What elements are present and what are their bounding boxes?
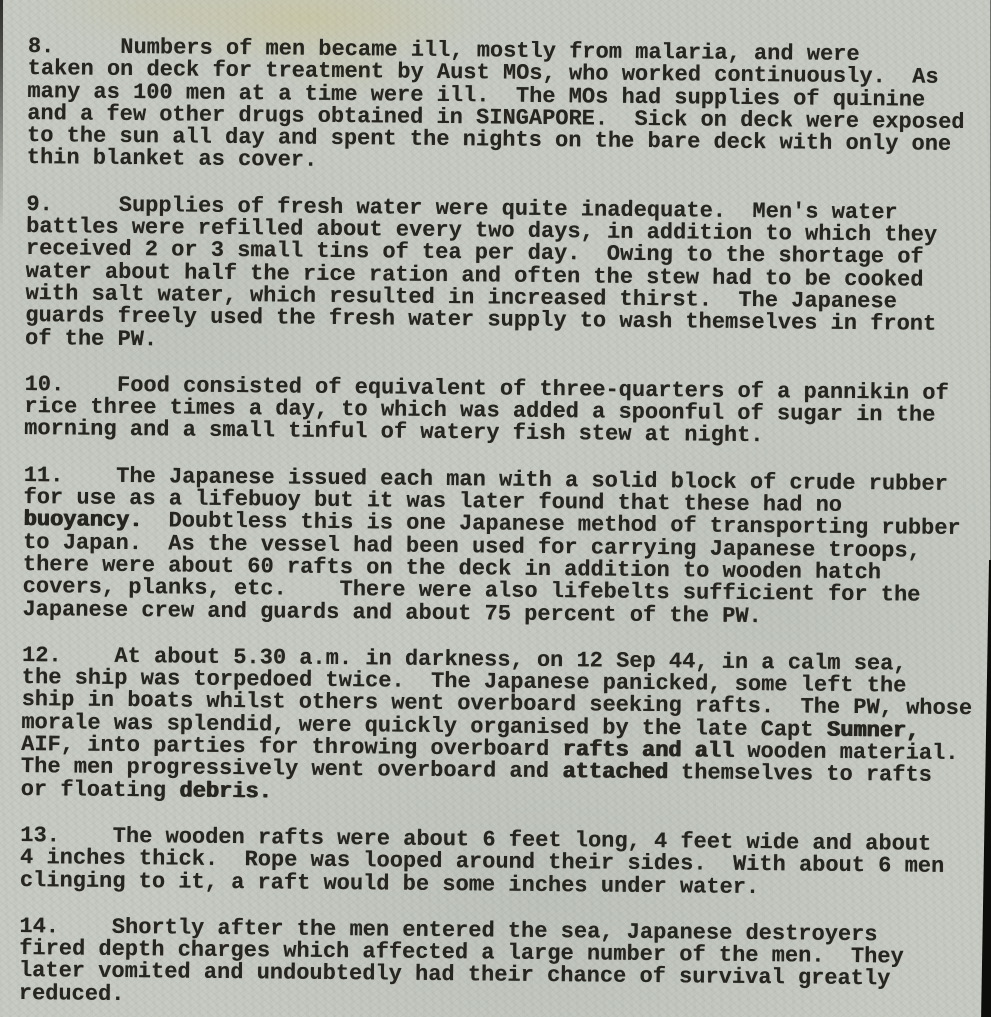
paragraph-11: 11. The Japanese issued each man with a …: [22, 465, 985, 630]
paragraph-9: 9. Supplies of fresh water were quite in…: [25, 194, 988, 359]
paragraph-13: 13. The wooden rafts were about 6 feet l…: [20, 825, 983, 901]
paragraph-10: 10. Food consisted of equivalent of thre…: [24, 374, 987, 450]
scan-edge-left: [0, 0, 3, 230]
paragraph-12: 12. At about 5.30 a.m. in darkness, on 1…: [21, 645, 984, 810]
paragraph-8: 8. Numbers of men became ill, mostly fro…: [27, 36, 990, 179]
document-page: 8. Numbers of men became ill, mostly fro…: [0, 0, 991, 1017]
overstruck-word: debris.: [179, 778, 272, 804]
overstruck-word: attached: [562, 759, 668, 785]
typewritten-text: 8. Numbers of men became ill, mostly fro…: [19, 36, 990, 1014]
paragraph-14: 14. Shortly after the men entered the se…: [19, 916, 982, 1014]
